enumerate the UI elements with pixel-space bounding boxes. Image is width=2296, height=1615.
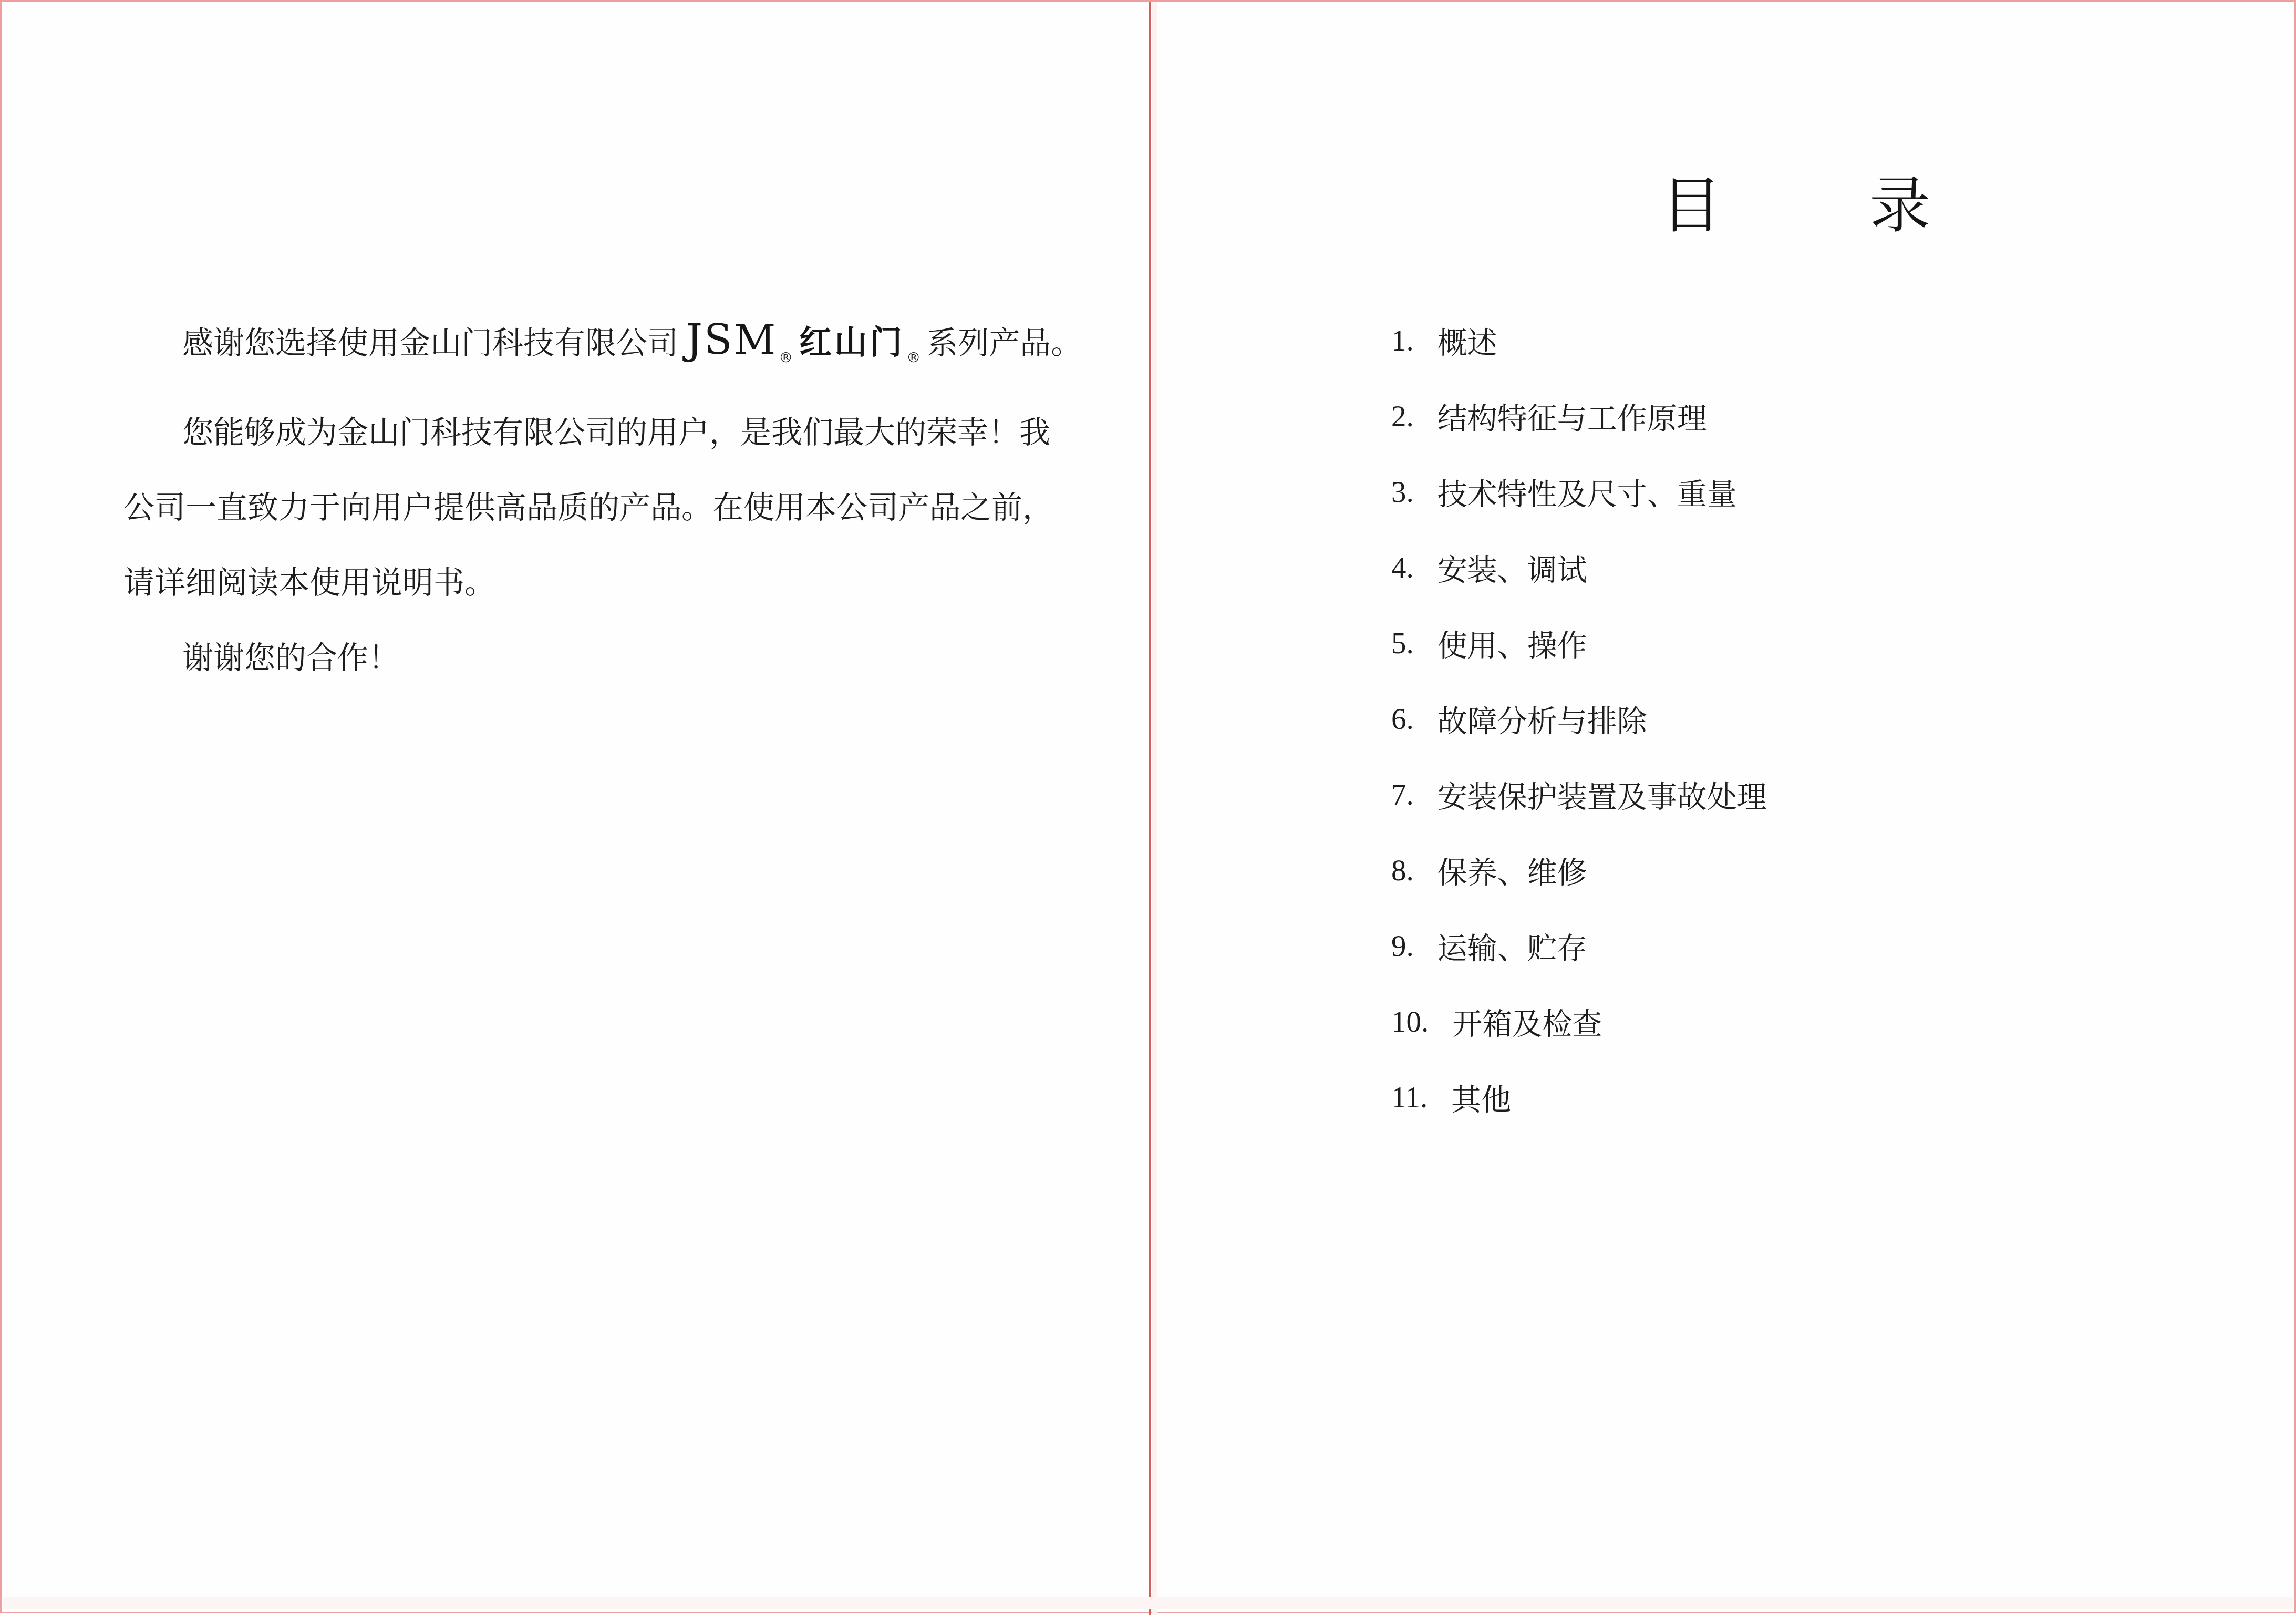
foreword-line-2: 您能够成为金山门科技有限公司的用户，是我们最大的荣幸！我 (123, 395, 1069, 470)
toc-item-number: 11. (1391, 1081, 1428, 1115)
page-fold-divider (1149, 2, 1151, 1613)
toc-item-10: 10. 开箱及检查 (1391, 984, 1767, 1059)
foreword-line-thanks: 谢谢您的合作！ (123, 621, 1069, 696)
toc-item-label: 使用、操作 (1437, 622, 1587, 665)
toc-item-label: 运输、贮存 (1437, 924, 1587, 968)
intro-text-after-logo: 系列产品。 (927, 326, 1082, 361)
registered-trademark-icon: ® (906, 320, 921, 395)
toc-item-number: 3. (1391, 475, 1414, 509)
toc-item-label: 开箱及检查 (1452, 1000, 1602, 1043)
toc-item-number: 5. (1391, 626, 1414, 661)
bottom-print-band (3, 1597, 2293, 1609)
toc-item-label: 其他 (1451, 1076, 1511, 1119)
toc-title: 目录 (1661, 157, 2078, 244)
registered-trademark-icon: ® (779, 320, 793, 395)
foreword-line-3: 公司一直致力于向用户提供高品质的产品。在使用本公司产品之前， (123, 470, 1069, 546)
intro-text-before-logo: 感谢您选择使用金山门科技有限公司 (182, 326, 686, 361)
toc-item-label: 结构特征与工作原理 (1437, 395, 1707, 438)
hongshanmen-logo: 红山门 (799, 323, 905, 362)
manual-spread: 感谢您选择使用金山门科技有限公司 JSM®红山门®系列产品。 您能够成为金山门科… (0, 0, 2296, 1613)
toc-item-2: 2. 结构特征与工作原理 (1391, 378, 1767, 454)
toc-item-number: 10. (1391, 1005, 1429, 1039)
foreword-line-4: 请详细阅读本使用说明书。 (123, 546, 1069, 621)
toc-item-5: 5. 使用、操作 (1391, 605, 1767, 681)
toc-item-number: 1. (1391, 324, 1414, 358)
toc-item-number: 6. (1391, 702, 1414, 736)
toc-item-9: 9. 运输、贮存 (1391, 908, 1767, 984)
toc-item-label: 技术特性及尺寸、重量 (1437, 470, 1737, 513)
toc-item-1: 1. 概述 (1391, 303, 1767, 378)
toc-item-3: 3. 技术特性及尺寸、重量 (1391, 454, 1767, 530)
foreword-text: 感谢您选择使用金山门科技有限公司 JSM®红山门®系列产品。 您能够成为金山门科… (123, 303, 1069, 696)
toc-item-number: 7. (1391, 778, 1414, 812)
toc-item-number: 9. (1391, 929, 1414, 963)
toc-item-label: 安装保护装置及事故处理 (1437, 773, 1767, 816)
toc-list: 1. 概述 2. 结构特征与工作原理 3. 技术特性及尺寸、重量 4. 安装、调… (1391, 303, 1767, 1135)
toc-item-label: 故障分析与排除 (1437, 697, 1647, 740)
toc-item-7: 7. 安装保护装置及事故处理 (1391, 757, 1767, 832)
toc-item-6: 6. 故障分析与排除 (1391, 681, 1767, 757)
toc-item-11: 11. 其他 (1391, 1059, 1767, 1135)
toc-item-number: 8. (1391, 853, 1414, 888)
fold-shadow (1152, 2, 1157, 1613)
toc-item-label: 安装、调试 (1437, 546, 1587, 589)
toc-item-4: 4. 安装、调试 (1391, 530, 1767, 605)
toc-item-8: 8. 保养、维修 (1391, 832, 1767, 908)
toc-item-number: 4. (1391, 551, 1414, 585)
toc-item-label: 保养、维修 (1437, 849, 1587, 892)
toc-item-number: 2. (1391, 399, 1414, 434)
foreword-line-intro: 感谢您选择使用金山门科技有限公司 JSM®红山门®系列产品。 (123, 303, 1069, 395)
toc-item-label: 概述 (1437, 319, 1497, 362)
jsm-logo: JSM (686, 316, 778, 364)
